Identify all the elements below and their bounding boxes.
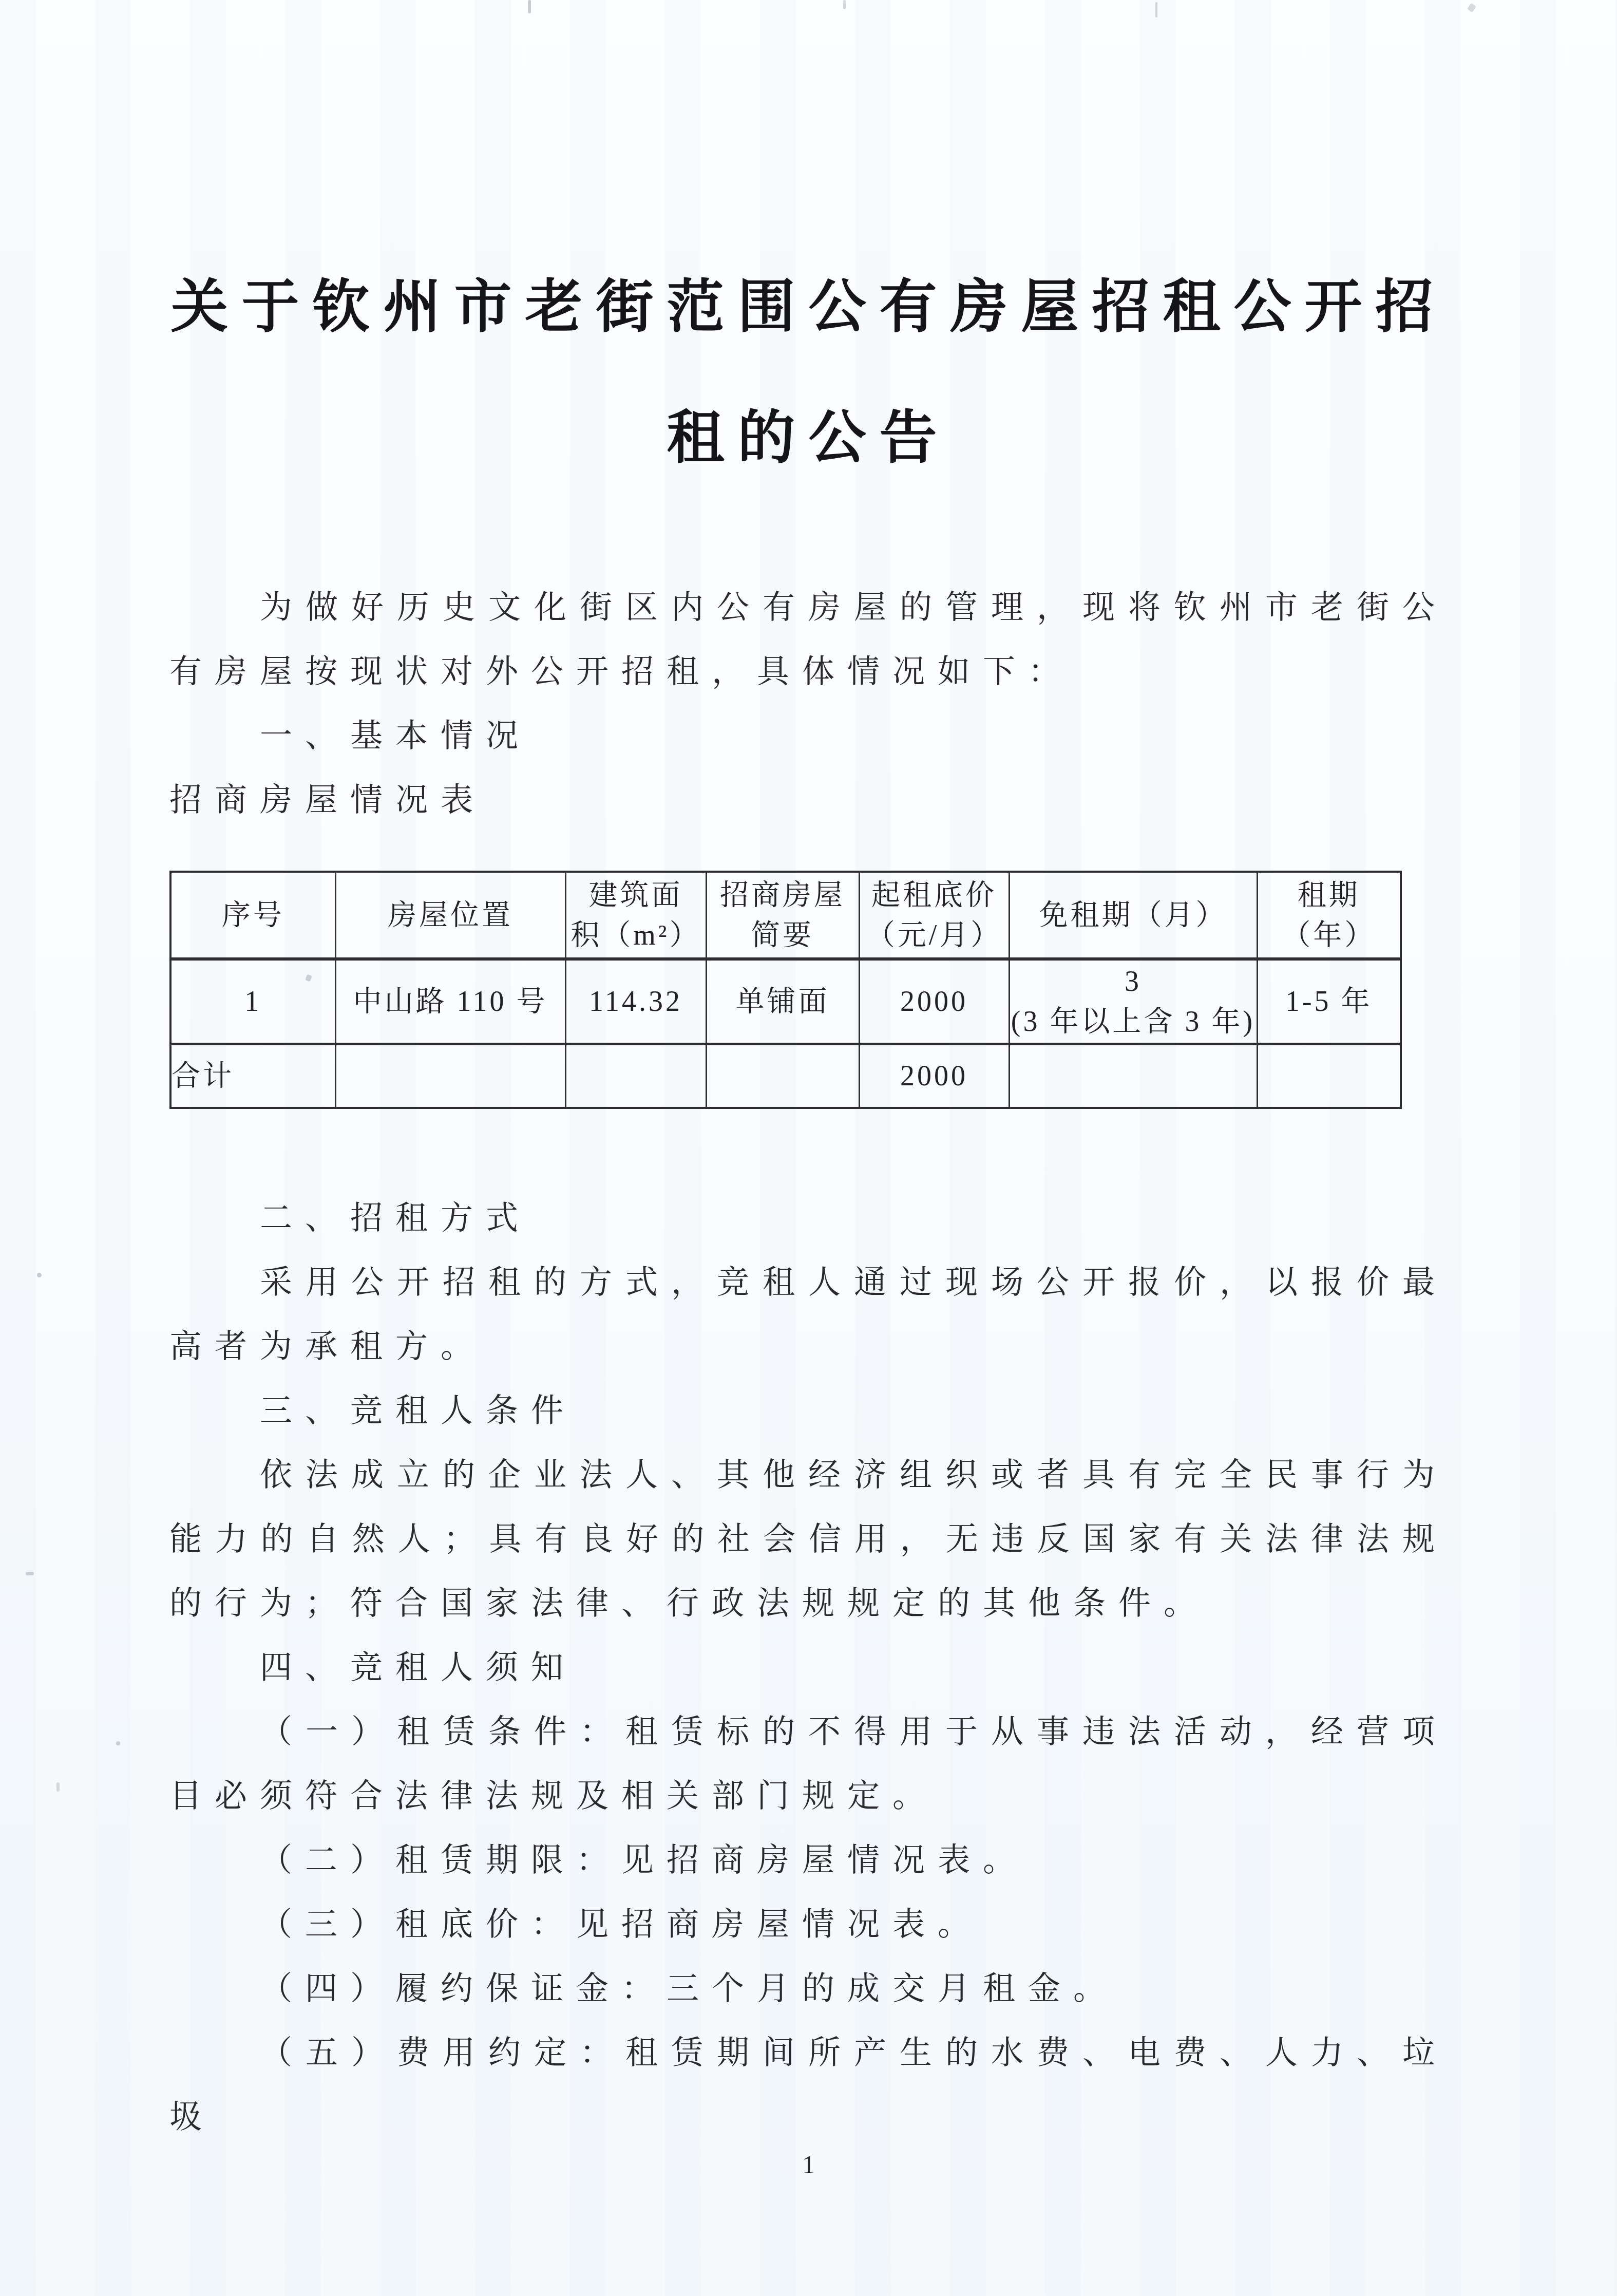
scan-artifact <box>1155 2 1157 17</box>
header-lease-term: 租期 （年） <box>1257 872 1401 959</box>
section-1-heading: 一、基本情况 <box>169 704 1448 768</box>
header-serial-number: 序号 <box>170 872 335 959</box>
cell-empty <box>335 1044 565 1108</box>
section-4-heading: 四、竞租人须知 <box>169 1635 1448 1700</box>
cell-empty <box>565 1044 706 1108</box>
title-line-1: 关于钦州市老街范围公有房屋招租公开招 <box>0 241 1617 372</box>
section-3-body: 依法成立的企业法人、其他经济组织或者具有完全民事行为能力的自然人；具有良好的社会… <box>169 1443 1448 1635</box>
table-header-row: 序号 房屋位置 建筑面 积（m²） 招商房屋 简要 起租底价 （元/月） 免租期… <box>170 872 1401 959</box>
table-caption: 招商房屋情况表 <box>169 768 1448 832</box>
page-number: 1 <box>0 2150 1617 2179</box>
header-starting-rent: 起租底价 （元/月） <box>859 872 1009 959</box>
section-3-heading: 三、竞租人条件 <box>169 1379 1448 1443</box>
cell-building-area: 114.32 <box>565 959 706 1044</box>
header-house-location: 房屋位置 <box>335 872 565 959</box>
scan-artifact <box>37 1273 42 1277</box>
document-body: 为做好历史文化街区内公有房屋的管理，现将钦州市老街公有房屋按现状对外公开招租，具… <box>169 575 1448 2149</box>
scan-artifact <box>116 1741 120 1745</box>
table-row-total: 合计 2000 <box>170 1044 1401 1108</box>
cell-serial-number: 1 <box>170 959 335 1044</box>
cell-house-brief: 单铺面 <box>706 959 859 1044</box>
document-title: 关于钦州市老街范围公有房屋招租公开招 租的公告 <box>0 0 1617 503</box>
section-4-item-4: （四）履约保证金：三个月的成交月租金。 <box>169 1956 1448 2021</box>
section-2-body: 采用公开招租的方式，竞租人通过现场公开报价，以报价最高者为承租方。 <box>169 1250 1448 1379</box>
cell-rent-free-period: 3 (3 年以上含 3 年) <box>1009 959 1257 1044</box>
table-row: 1 中山路 110 号 114.32 单铺面 2000 3 (3 年以上含 3 … <box>170 959 1401 1044</box>
scan-artifact <box>56 1782 60 1792</box>
section-4-item-2: （二）租赁期限：见招商房屋情况表。 <box>169 1828 1448 1892</box>
cell-empty <box>1257 1044 1401 1108</box>
title-line-2: 租的公告 <box>0 372 1617 503</box>
cell-lease-term: 1-5 年 <box>1257 959 1401 1044</box>
cell-house-location: 中山路 110 号 <box>335 959 565 1044</box>
cell-empty <box>706 1044 859 1108</box>
section-4-item-5: （五）费用约定：租赁期间所产生的水费、电费、人力、垃圾 <box>169 2021 1448 2149</box>
cell-starting-rent: 2000 <box>859 959 1009 1044</box>
house-rental-table: 序号 房屋位置 建筑面 积（m²） 招商房屋 简要 起租底价 （元/月） 免租期… <box>169 871 1402 1109</box>
section-4-item-1: （一）租赁条件：租赁标的不得用于从事违法活动，经营项目必须符合法律法规及相关部门… <box>169 1700 1448 1828</box>
intro-paragraph: 为做好历史文化街区内公有房屋的管理，现将钦州市老街公有房屋按现状对外公开招租，具… <box>169 575 1448 704</box>
section-4-item-3: （三）租底价：见招商房屋情况表。 <box>169 1892 1448 1956</box>
header-house-brief: 招商房屋 简要 <box>706 872 859 959</box>
cell-empty <box>1009 1044 1257 1108</box>
cell-total-label: 合计 <box>170 1044 335 1108</box>
header-rent-free-period: 免租期（月） <box>1009 872 1257 959</box>
scan-artifact <box>26 1572 34 1575</box>
section-2-heading: 二、招租方式 <box>169 1186 1448 1250</box>
header-building-area: 建筑面 积（m²） <box>565 872 706 959</box>
cell-total-rent: 2000 <box>859 1044 1009 1108</box>
document-page: 关于钦州市老街范围公有房屋招租公开招 租的公告 为做好历史文化街区内公有房屋的管… <box>0 0 1617 2296</box>
scan-artifact <box>528 0 531 13</box>
scan-artifact <box>843 0 846 9</box>
